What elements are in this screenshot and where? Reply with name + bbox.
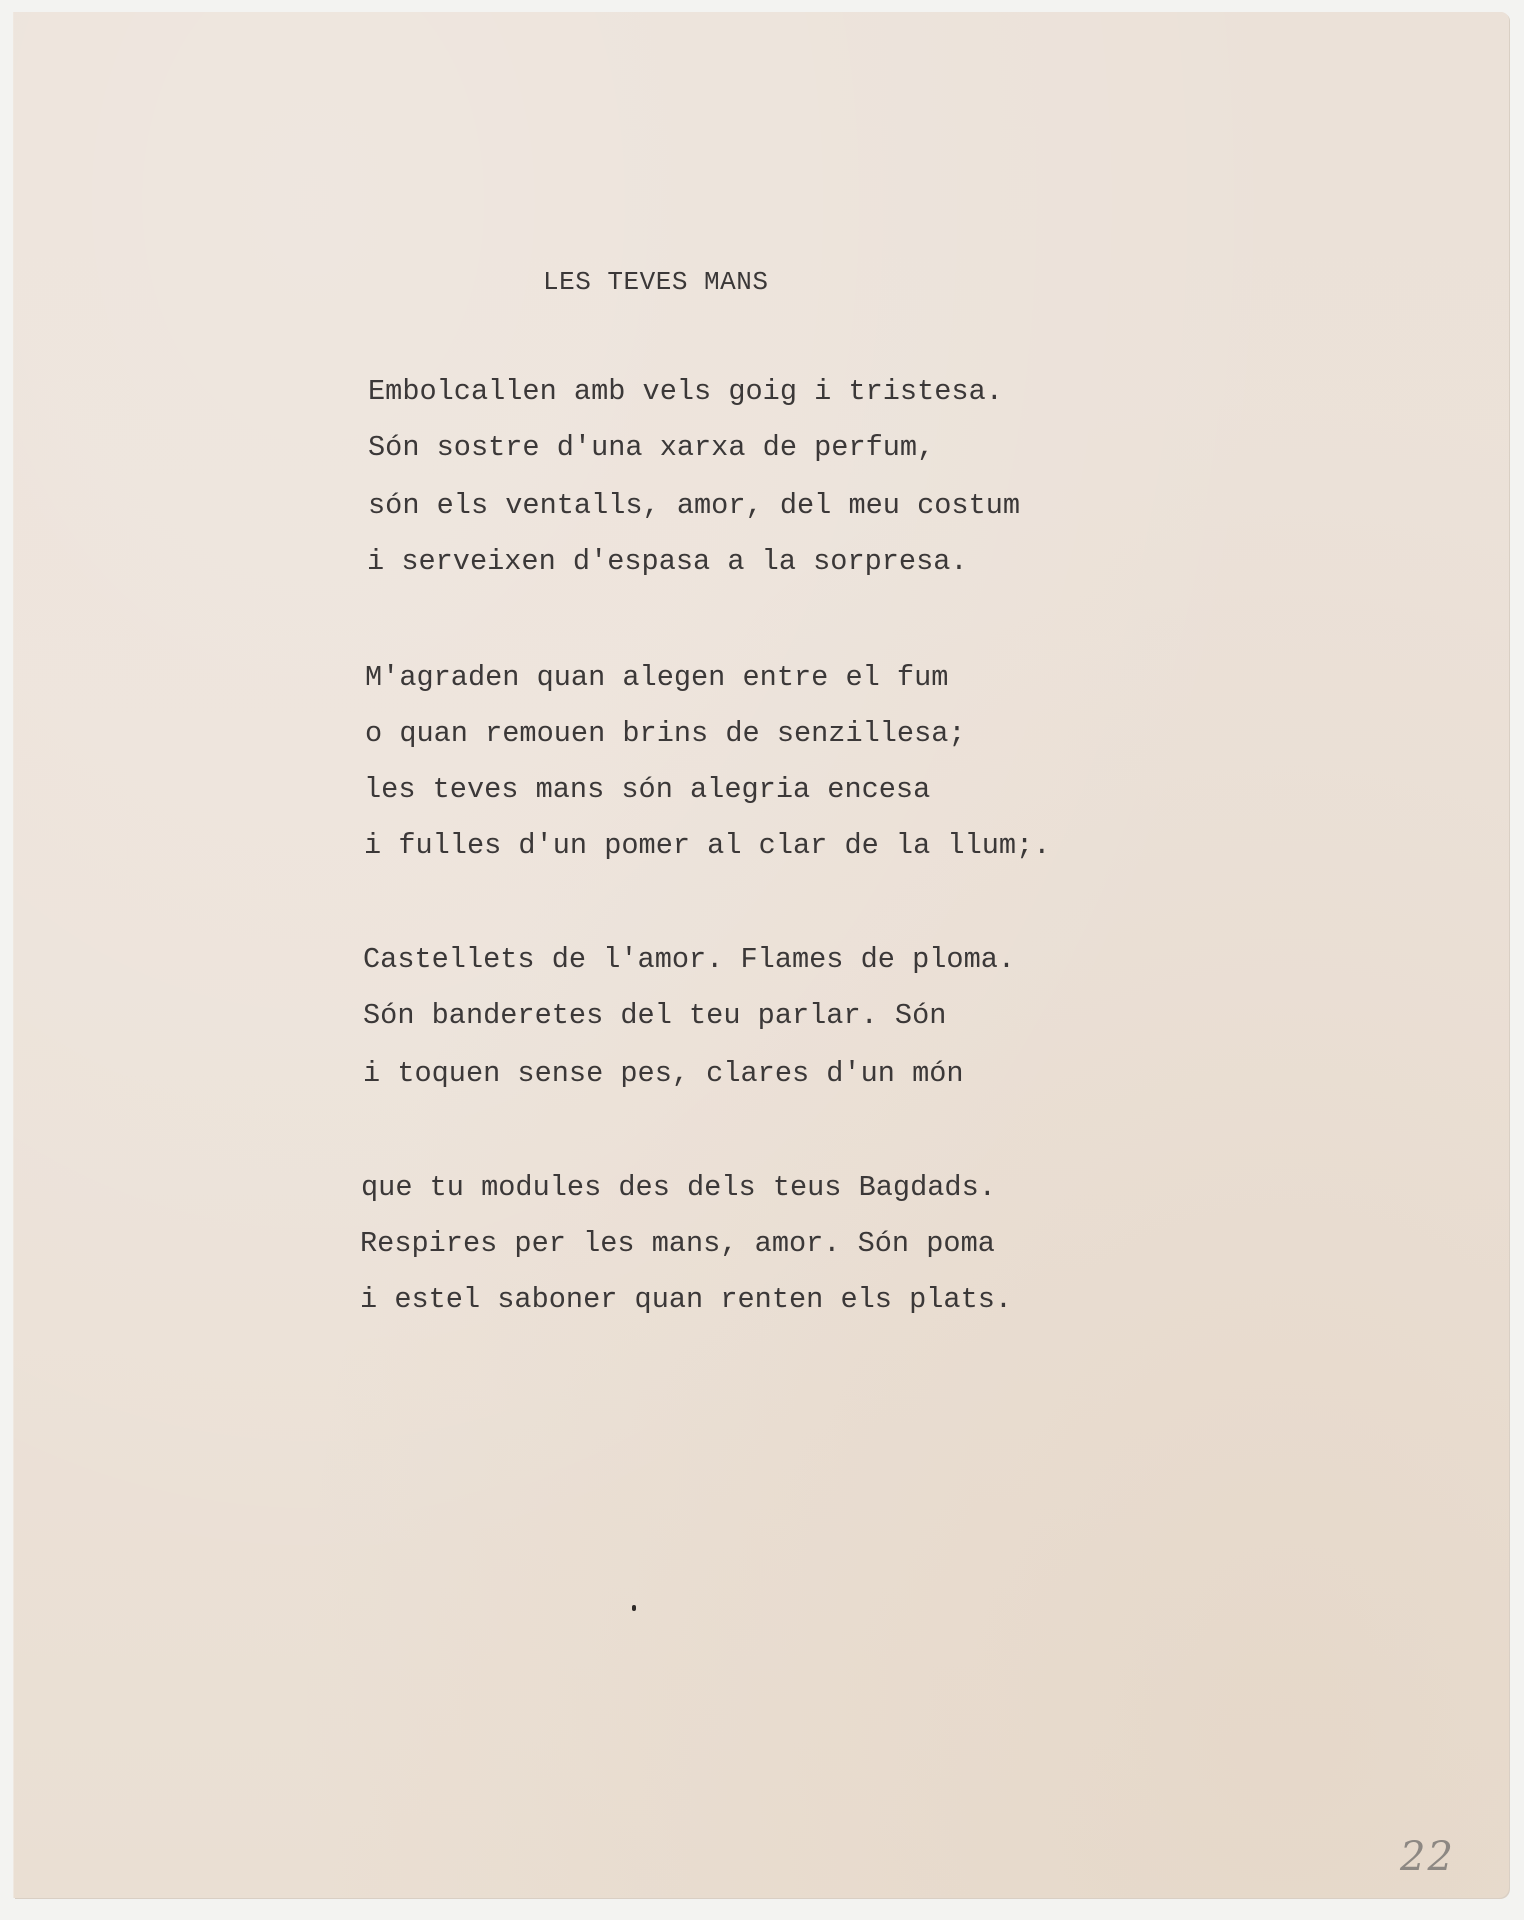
poem-line: són els ventalls, amor, del meu costum: [368, 490, 1020, 522]
poem-line: i estel saboner quan renten els plats.: [360, 1284, 1012, 1316]
poem-line: M'agraden quan alegen entre el fum: [365, 662, 948, 694]
poem-line: Embolcallen amb vels goig i tristesa.: [368, 376, 1003, 408]
poem-line: i fulles d'un pomer al clar de la llum;.: [364, 830, 1050, 862]
poem-line: Respires per les mans, amor. Són poma: [360, 1228, 995, 1260]
ink-speck: [632, 1605, 636, 1611]
poem-line: Castellets de l'amor. Flames de ploma.: [363, 944, 1015, 976]
page-number: 22: [1400, 1834, 1455, 1880]
poem-line: o quan remouen brins de senzillesa;: [365, 718, 966, 750]
poem-line: Són sostre d'una xarxa de perfum,: [368, 432, 934, 464]
poem-line: Són banderetes del teu parlar. Són: [363, 1000, 946, 1032]
poem-line: les teves mans són alegria encesa: [364, 774, 930, 806]
poem-line: i serveixen d'espasa a la sorpresa.: [367, 546, 968, 578]
poem-line: que tu modules des dels teus Bagdads.: [361, 1172, 996, 1204]
poem-title: LES TEVES MANS: [543, 268, 768, 296]
poem-line: i toquen sense pes, clares d'un món: [363, 1058, 964, 1090]
